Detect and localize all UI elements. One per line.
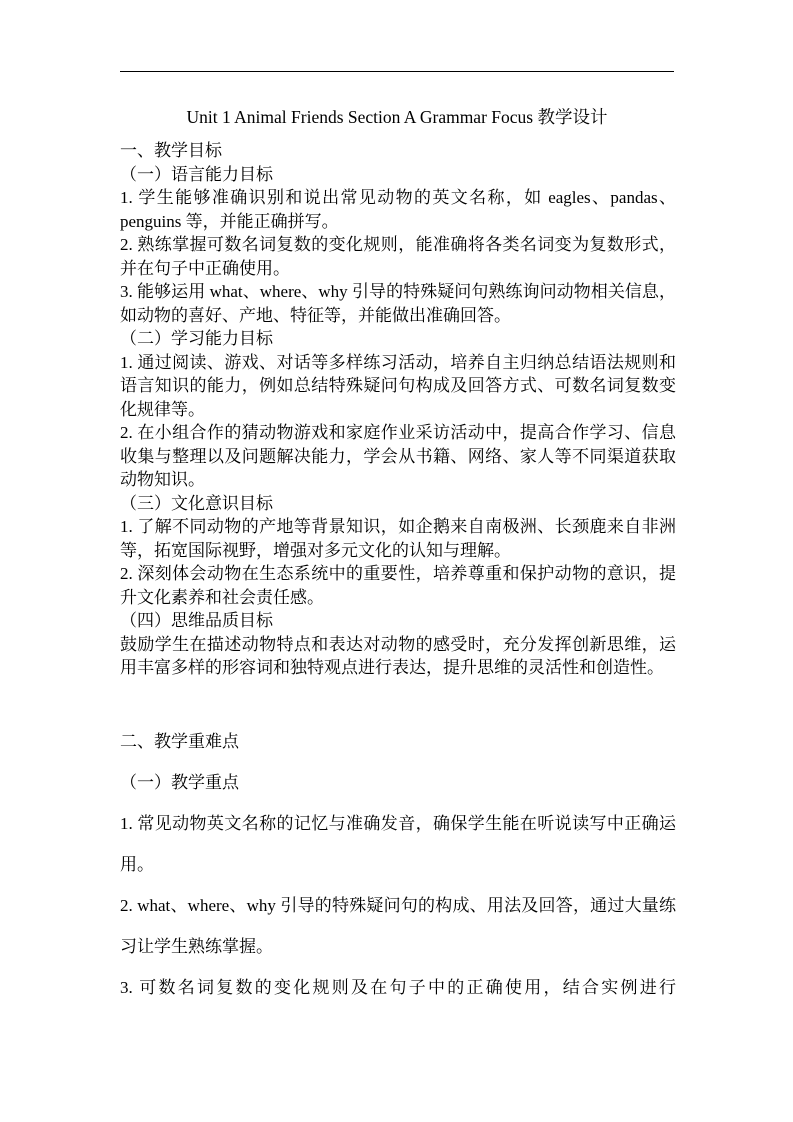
paragraph: 2. what、where、why 引导的特殊疑问句的构成、用法及回答，通过大量… [120, 885, 676, 967]
subsection-heading-culture: （三）文化意识目标 [120, 492, 676, 516]
paragraph: 1. 常见动物英文名称的记忆与准确发音，确保学生能在听说读写中正确运用。 [120, 803, 676, 885]
paragraph: 1. 学生能够准确识别和说出常见动物的英文名称，如 eagles、pandas、… [120, 186, 676, 233]
document-page: Unit 1 Animal Friends Section A Grammar … [0, 0, 793, 1122]
subsection-heading-focus: （一）教学重点 [120, 762, 676, 803]
paragraph: 2. 在小组合作的猜动物游戏和家庭作业采访活动中，提高合作学习、信息收集与整理以… [120, 421, 676, 492]
paragraph: 鼓励学生在描述动物特点和表达对动物的感受时，充分发挥创新思维，运用丰富多样的形容… [120, 633, 676, 680]
header-rule [120, 71, 674, 72]
document-body-section2: 二、教学重难点 （一）教学重点 1. 常见动物英文名称的记忆与准确发音，确保学生… [120, 721, 676, 1008]
paragraph: 2. 深刻体会动物在生态系统中的重要性，培养尊重和保护动物的意识，提升文化素养和… [120, 562, 676, 609]
subsection-heading-language: （一）语言能力目标 [120, 163, 676, 187]
section-heading-key-points: 二、教学重难点 [120, 721, 676, 762]
paragraph: 3. 可数名词复数的变化规则及在句子中的正确使用，结合实例进行 [120, 967, 676, 1008]
subsection-heading-learning: （二）学习能力目标 [120, 327, 676, 351]
section-heading-objectives: 一、教学目标 [120, 139, 676, 163]
document-title: Unit 1 Animal Friends Section A Grammar … [120, 105, 674, 129]
paragraph: 3. 能够运用 what、where、why 引导的特殊疑问句熟练询问动物相关信… [120, 280, 676, 327]
paragraph: 1. 了解不同动物的产地等背景知识，如企鹅来自南极洲、长颈鹿来自非洲等，拓宽国际… [120, 515, 676, 562]
document-body: 一、教学目标 （一）语言能力目标 1. 学生能够准确识别和说出常见动物的英文名称… [120, 139, 676, 680]
paragraph: 2. 熟练掌握可数名词复数的变化规则，能准确将各类名词变为复数形式，并在句子中正… [120, 233, 676, 280]
paragraph: 1. 通过阅读、游戏、对话等多样练习活动，培养自主归纳总结语法规则和语言知识的能… [120, 351, 676, 422]
subsection-heading-thinking: （四）思维品质目标 [120, 609, 676, 633]
